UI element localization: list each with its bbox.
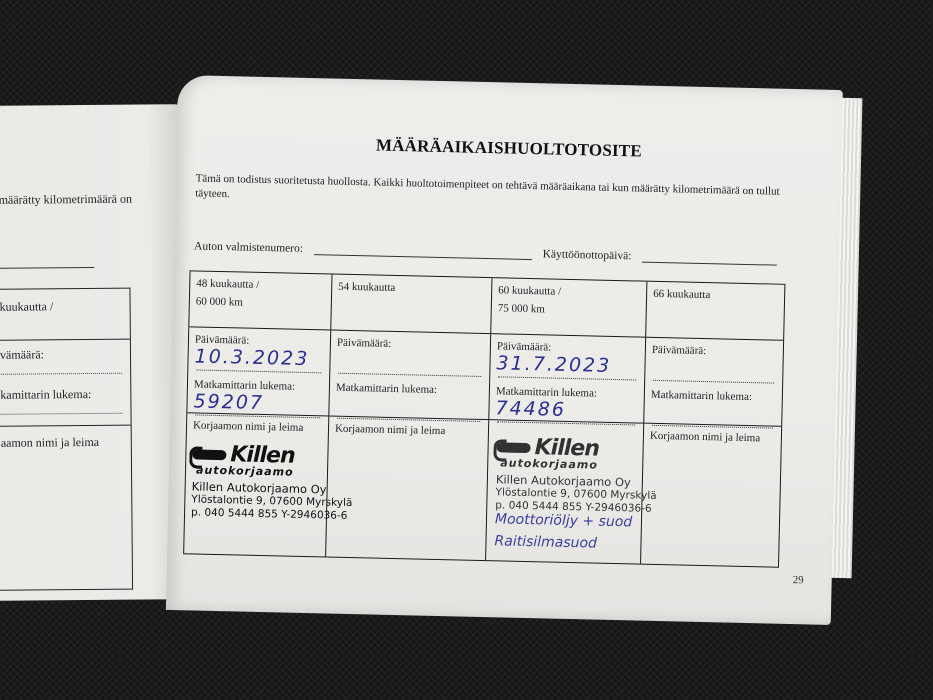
workshop-label: Korjaamon nimi ja leima xyxy=(650,430,775,445)
left-workshop-label: aamon nimi ja leima xyxy=(1,435,99,451)
workshop-cell: Korjaamon nimi ja leimaKillenautokorjaam… xyxy=(486,420,644,563)
interval-line2: 60 000 km xyxy=(196,295,325,310)
reading-cell: Päivämäärä:Matkamittarin lukema: xyxy=(329,331,491,421)
interval-cell: 66 kuukautta xyxy=(646,282,784,341)
workshop-label: Korjaamon nimi ja leima xyxy=(193,419,322,434)
intro-text: Tämä on todistus suoritetusta huollosta.… xyxy=(195,171,786,214)
service-note: Raitisilmasuod xyxy=(494,530,632,555)
interval-line1: 66 kuukautta xyxy=(653,288,778,303)
commissioning-date-field[interactable] xyxy=(642,252,777,266)
interval-cell: 60 kuukautta /75 000 km xyxy=(491,278,647,338)
odometer-value[interactable]: 59207 xyxy=(193,390,322,415)
left-service-table: kuukautta / vämäärä: kamittarin lukema: … xyxy=(0,288,133,591)
stamp-logo-text: Killen xyxy=(534,439,599,458)
page-number: 29 xyxy=(793,574,804,586)
left-date-line xyxy=(0,373,122,375)
vehicle-fields: Auton valmistenumero: Käyttöönottopäivä: xyxy=(194,240,785,265)
left-field-line xyxy=(0,267,94,269)
workshop-label: Korjaamon nimi ja leima xyxy=(335,423,482,438)
interval-cell: 54 kuukautta xyxy=(331,275,492,335)
left-row-divider xyxy=(0,425,131,427)
date-value[interactable] xyxy=(651,356,776,381)
interval-line1: 60 kuukautta / xyxy=(498,284,640,299)
left-date-label: vämäärä: xyxy=(0,347,44,362)
left-odometer-label: kamittarin lukema: xyxy=(0,387,91,403)
workshop-cell: Korjaamon nimi ja leima xyxy=(641,424,781,567)
left-interval-label: kuukautta / xyxy=(0,299,53,314)
workshop-cell: Korjaamon nimi ja leima xyxy=(326,417,489,561)
vin-field[interactable] xyxy=(314,244,532,260)
stamp-logo-sub: autokorjaamo xyxy=(196,464,321,480)
interval-line1: 48 kuukautta / xyxy=(196,277,325,292)
reading-cell: Päivämäärä:31.7.2023Matkamittarin lukema… xyxy=(489,334,646,423)
page-title: MÄÄRÄAIKAISHUOLTOTOSITE xyxy=(176,131,841,166)
wrench-icon xyxy=(497,442,531,453)
reading-cell: Päivämäärä:Matkamittarin lukema: xyxy=(644,338,783,427)
left-odometer-line xyxy=(0,413,123,415)
reading-cell: Päivämäärä:10.3.2023Matkamittarin lukema… xyxy=(187,327,331,416)
wrench-icon xyxy=(192,449,226,460)
right-page: MÄÄRÄAIKAISHUOLTOTOSITE Tämä on todistus… xyxy=(166,75,843,625)
stamp-logo-sub: autokorjaamo xyxy=(500,456,657,473)
left-row-divider xyxy=(0,339,130,341)
stamp-logo-text: Killen xyxy=(230,446,295,465)
interval-line2 xyxy=(338,299,485,302)
interval-cell: 48 kuukautta /60 000 km xyxy=(189,271,332,330)
workshop-stamp: KillenautokorjaamoKillen Autokorjaamo Oy… xyxy=(191,445,322,522)
date-value[interactable]: 10.3.2023 xyxy=(194,345,323,370)
interval-line2: 75 000 km xyxy=(498,302,640,317)
workshop-stamp: KillenautokorjaamoKillen Autokorjaamo Oy… xyxy=(495,424,658,516)
service-table: 48 kuukautta /60 000 km54 kuukautta60 ku… xyxy=(183,270,785,567)
odometer-value[interactable] xyxy=(650,401,775,426)
workshop-cell: Korjaamon nimi ja leimaKillenautokorjaam… xyxy=(184,413,329,556)
interval-line1: 54 kuukautta xyxy=(338,281,485,296)
commissioning-date-label: Käyttöönottopäivä: xyxy=(543,248,632,262)
left-page: määrätty kilometrimäärä on kuukautta / v… xyxy=(0,104,192,601)
left-intro-fragment: määrätty kilometrimäärä on xyxy=(0,192,132,208)
date-value[interactable]: 31.7.2023 xyxy=(496,352,638,377)
interval-line2 xyxy=(653,306,778,309)
handwritten-notes: Moottoriöljy + suodRaitisilmasuod xyxy=(494,508,632,555)
odometer-value[interactable]: 74486 xyxy=(495,397,637,422)
service-note: Moottoriöljy + suod xyxy=(495,508,633,533)
vin-label: Auton valmistenumero: xyxy=(194,240,303,254)
stamp-contact: p. 040 5444 855 Y-2946036-6 xyxy=(191,506,320,522)
